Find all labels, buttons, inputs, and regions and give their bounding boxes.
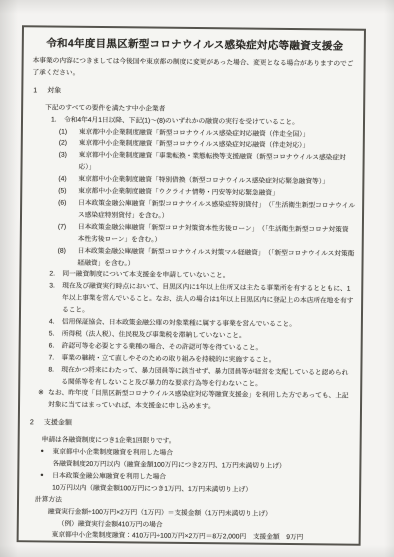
footnote-text: なお、昨年度「目黒区新型コロナウイルス感染症対応等融資支援金」を利用した方であっ…: [48, 388, 353, 415]
requirement-item: 8. 現在かつ将来にわたって、暴力団員等に該当せず、暴力団員等が経営を支配してい…: [48, 364, 353, 391]
loan-number: (7): [58, 221, 78, 233]
document-border-box: 令和4年度目黒区新型コロナウイルス感染症対応等融資支援金 本事業の内容につきまし…: [17, 25, 366, 546]
loan-text: 日本政策金融公庫融資「新型コロナウイルス感染症特別貸付」 （「生活衛生新型コロナ…: [78, 198, 355, 225]
loan-number: (2): [59, 138, 79, 150]
footnote: ※ なお、昨年度「目黒区新型コロナウイルス感染症対応等融資支援金」を利用した方で…: [38, 388, 353, 415]
loan-number: (5): [58, 186, 78, 198]
loan-text: 東京都中小企業制度融資「事業転換・業態転換等支援融資（新型コロナウイルス感染症対…: [78, 150, 355, 177]
section2-heading: 2 支援金額: [29, 418, 353, 433]
requirement-number: 8.: [48, 364, 61, 376]
requirement-number: 3.: [49, 281, 62, 293]
section1-title: 対象: [47, 85, 61, 97]
document-title: 令和4年度目黒区新型コロナウイルス感染症対応等融資支援金: [33, 35, 357, 53]
intro-note: 本事業の内容につきましては今後国や東京都の制度に変更があった場合、変更となる場合…: [32, 55, 356, 82]
loan-number: (3): [59, 150, 79, 162]
requirement-number: 5.: [49, 328, 62, 340]
requirement-number: 6.: [49, 340, 62, 352]
loan-item: (7) 日本政策金融公庫融資「新型コロナ対策資本性劣後ローン」 （「生活衛生新型…: [58, 221, 355, 248]
requirement-text: 現在かつ将来にわたって、暴力団員等に該当せず、暴力団員等が経営を支配していると認…: [61, 364, 353, 391]
section2-title: 支援金額: [44, 418, 72, 430]
section1-heading: 1 対象: [32, 85, 356, 100]
loan-item: (8) 日本政策金融公庫融資「新型コロナウイルス対策マル経融資」 （「新型コロナ…: [57, 245, 354, 272]
requirement-number: 2.: [49, 269, 62, 281]
requirement-number: 1.: [51, 114, 64, 126]
loan-text: 日本政策金融公庫融資「新型コロナ対策資本性劣後ローン」 （「生活衛生新型コロナ対…: [78, 222, 355, 249]
section2-number: 2: [30, 418, 44, 430]
section1-number: 1: [33, 85, 47, 97]
bullet-icon: ●: [40, 470, 52, 482]
footnote-marker: ※: [38, 388, 48, 400]
loan-number: (6): [58, 198, 78, 210]
loan-number: (4): [58, 174, 78, 186]
loan-number: (1): [59, 126, 79, 138]
loan-text: 日本政策金融公庫融資「新型コロナウイルス対策マル経融資」 （「新型コロナウイルス…: [77, 245, 354, 272]
requirement-item: 3. 現在及び融資実行時点において、目黒区内に1年以上住所又は主たる事業所を有す…: [49, 281, 354, 320]
loan-item: (6) 日本政策金融公庫融資「新型コロナウイルス感染症特別貸付」 （「生活衛生新…: [58, 198, 355, 225]
requirement-number: 7.: [48, 352, 61, 364]
loan-item: (3) 東京都中小企業制度融資「事業転換・業態転換等支援融資（新型コロナウイルス…: [58, 150, 355, 177]
scanned-page: 令和4年度目黒区新型コロナウイルス感染症対応等融資支援金 本事業の内容につきまし…: [0, 0, 394, 557]
requirement-number: 4.: [49, 317, 62, 329]
requirement-text: 現在及び融資実行時点において、目黒区内に1年以上住所又は主たる事業所を有するとと…: [62, 281, 354, 320]
loan-number: (8): [58, 245, 78, 257]
bullet-icon: ●: [40, 447, 52, 459]
